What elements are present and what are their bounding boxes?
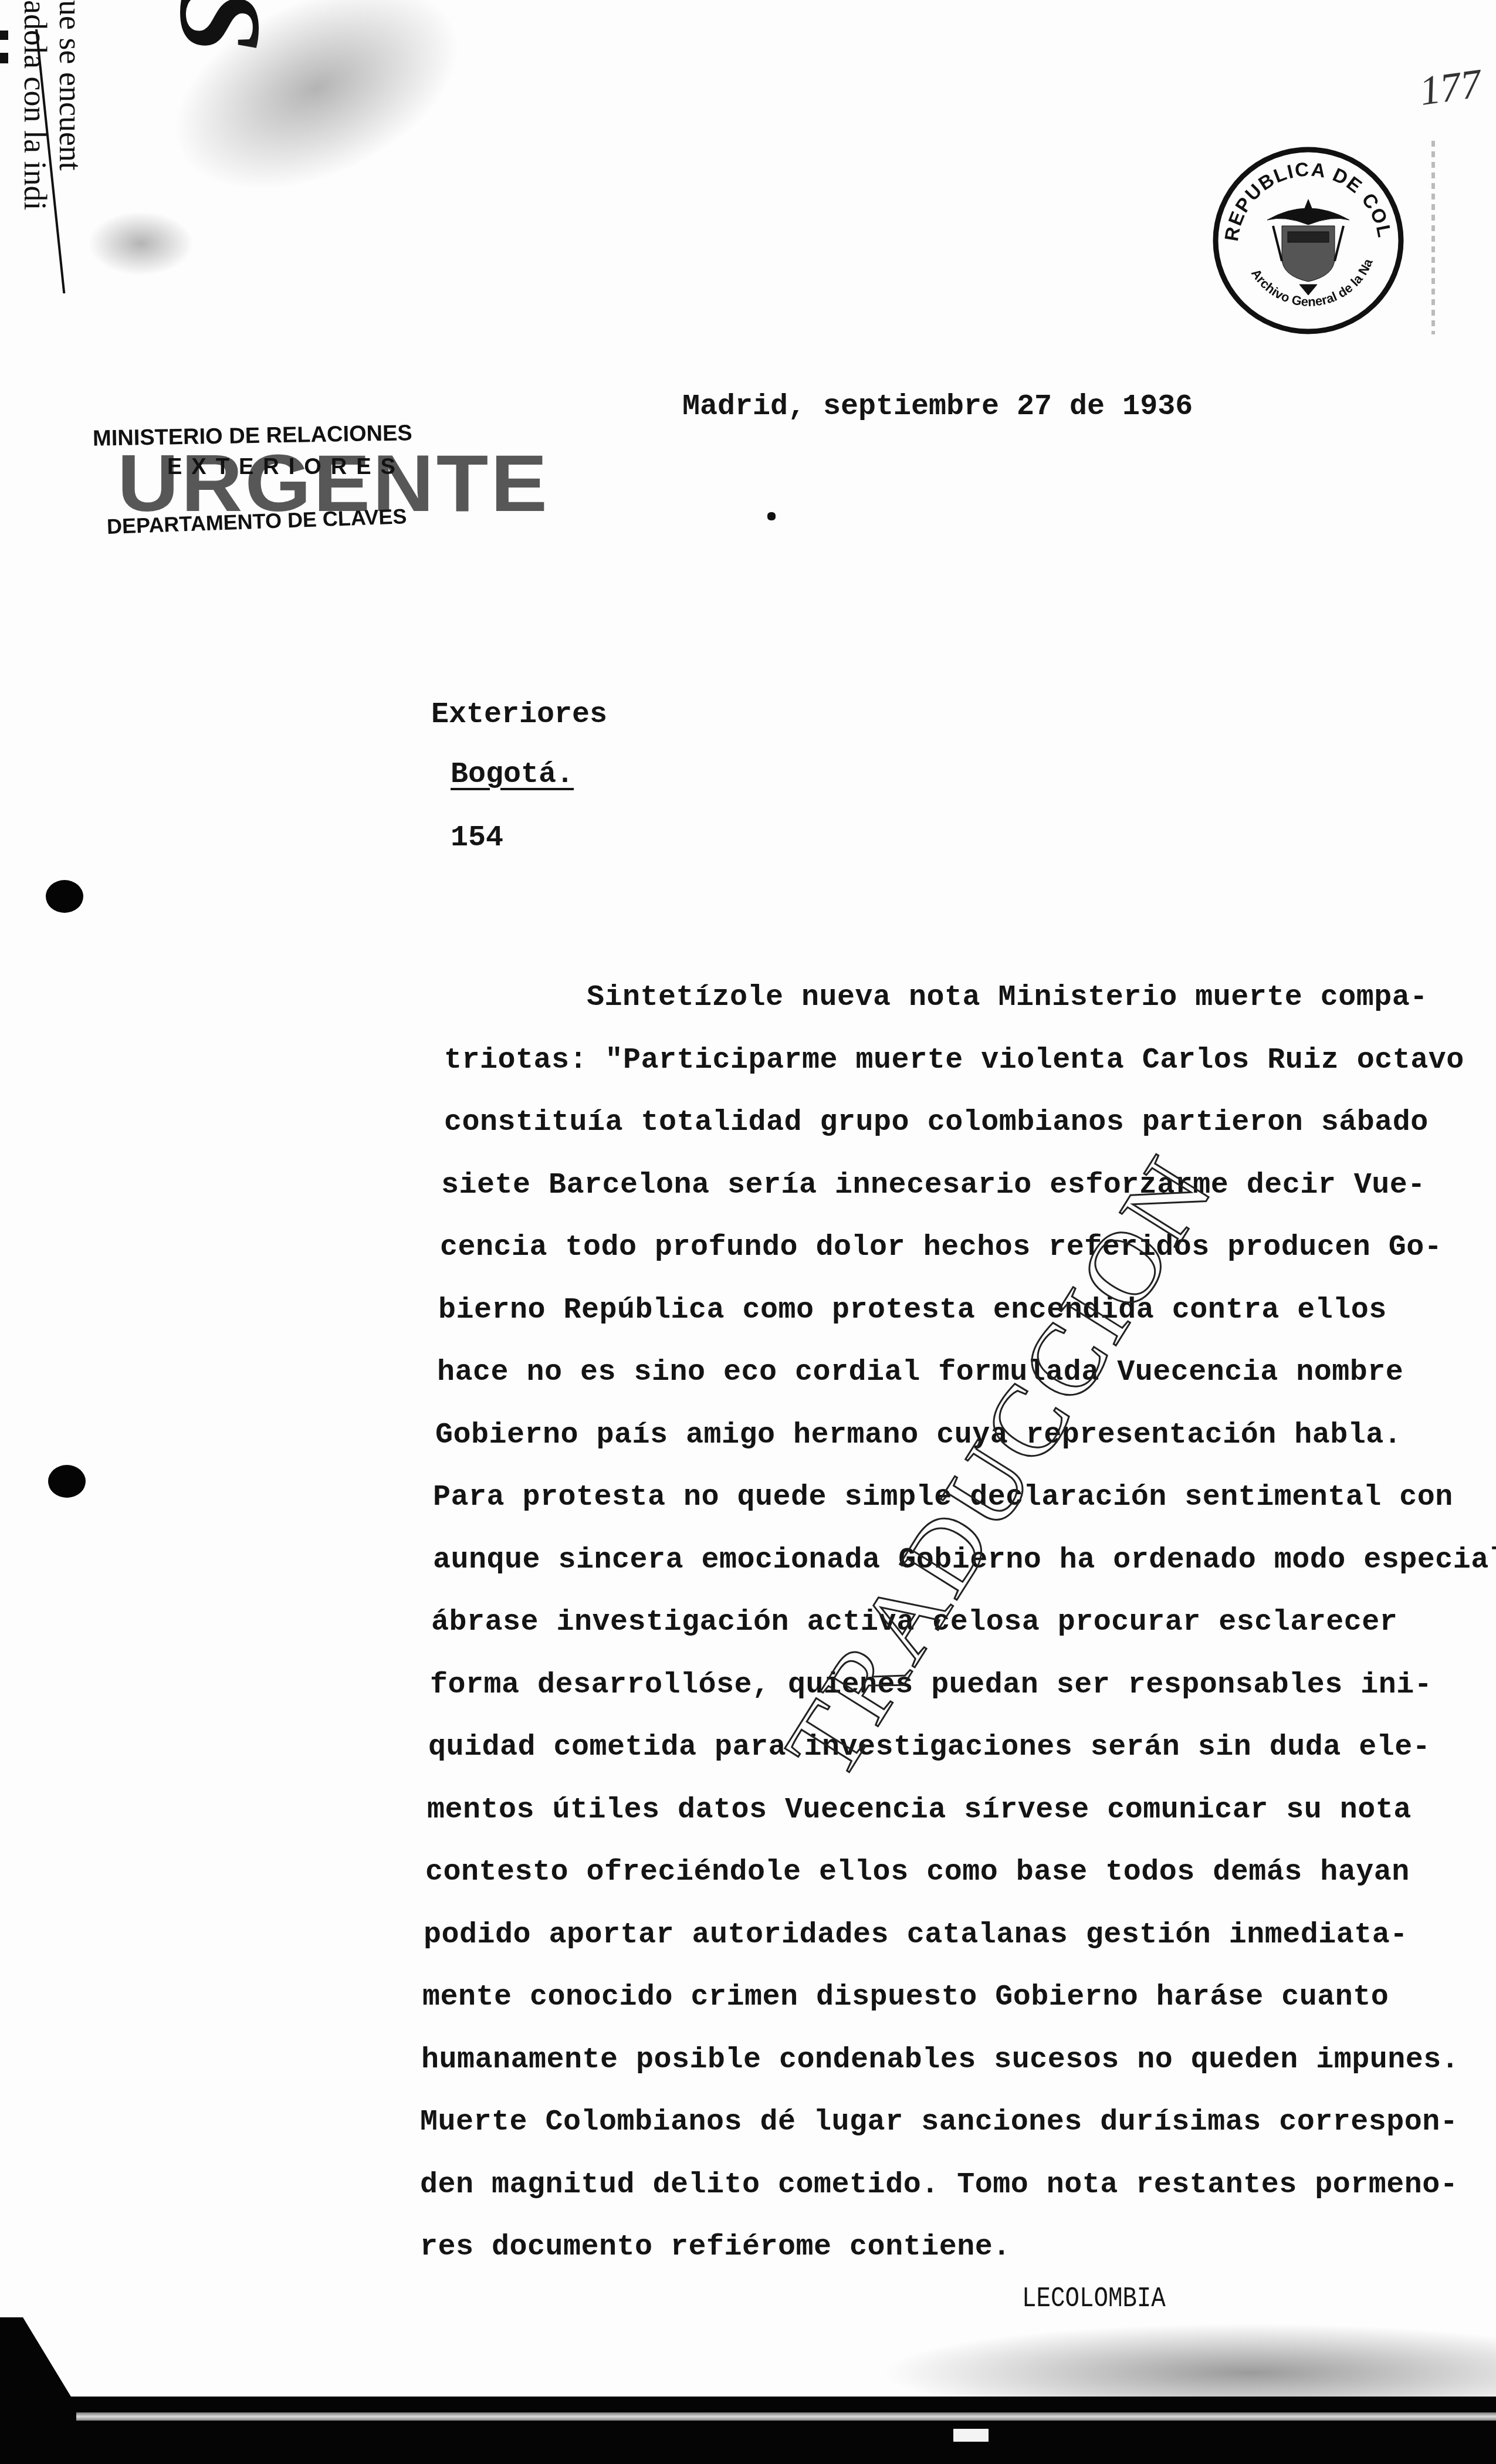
signature: LECOLOMBIA bbox=[1022, 2283, 1166, 2315]
body-line: den magnitud delito cometido. Tomo nota … bbox=[420, 2168, 1458, 2202]
scan-border bbox=[0, 2397, 1496, 2464]
margin-fragment-line: ue se encuent bbox=[53, 0, 88, 210]
margin-fragment-line: adola con la indi bbox=[18, 0, 53, 210]
archive-seal: REPUBLICA DE COLOMBIA Archivo General de… bbox=[1211, 144, 1405, 337]
body-line: mentos útiles datos Vuecencia sírvese co… bbox=[427, 1793, 1412, 1827]
body-line: Gobierno país amigo hermano cuya represe… bbox=[435, 1419, 1402, 1452]
recipient-name: Exteriores bbox=[431, 698, 607, 732]
body-line: cencia todo profundo dolor hechos referi… bbox=[440, 1231, 1442, 1264]
body-line: humanamente posible condenables sucesos … bbox=[421, 2043, 1459, 2077]
punch-hole bbox=[48, 1465, 86, 1498]
coat-of-arms-icon bbox=[1267, 199, 1349, 295]
recipient-city: Bogotá. bbox=[451, 758, 574, 791]
body-line: mente conocido crimen dispuesto Gobierno… bbox=[422, 1981, 1389, 2014]
body-line: hace no es sino eco cordial formulada Vu… bbox=[437, 1356, 1403, 1389]
body-line: Muerte Colombianos dé lugar sanciones du… bbox=[420, 2106, 1458, 2139]
body-line: quidad cometida para investigaciones ser… bbox=[428, 1731, 1430, 1764]
ink-speck bbox=[767, 512, 776, 520]
folio-number: 177 bbox=[1417, 60, 1484, 116]
message-number: 154 bbox=[451, 821, 503, 855]
body-line: podido aportar autoridades catalanas ges… bbox=[424, 1918, 1408, 1952]
scan-mark bbox=[1431, 141, 1435, 334]
body-line: triotas: "Participarme muerte violenta C… bbox=[444, 1044, 1464, 1077]
body-line: bierno República como protesta encendida… bbox=[438, 1294, 1387, 1327]
body-line: contesto ofreciéndole ellos como base to… bbox=[425, 1856, 1410, 1889]
ink-smudge bbox=[880, 2323, 1496, 2405]
ink-smudge bbox=[88, 211, 194, 276]
scan-border-strip bbox=[0, 2412, 1496, 2421]
dateline: Madrid, septiembre 27 de 1936 bbox=[682, 390, 1193, 424]
margin-fragment-text: ue se encuent adola con la indi bbox=[18, 0, 88, 210]
body-line: constituía totalidad grupo colombianos p… bbox=[444, 1106, 1429, 1139]
body-line: siete Barcelona sería innecesario esforz… bbox=[441, 1169, 1426, 1202]
scan-border-corner bbox=[0, 2317, 76, 2464]
body-line: Sintetízole nueva nota Ministerio muerte… bbox=[587, 981, 1428, 1014]
ministry-stamp-line2: EXTERIORES bbox=[167, 455, 405, 480]
body-line: res documento refiérome contiene. bbox=[420, 2231, 1011, 2264]
punch-hole bbox=[46, 880, 83, 913]
scan-border-notch bbox=[953, 2429, 989, 2442]
